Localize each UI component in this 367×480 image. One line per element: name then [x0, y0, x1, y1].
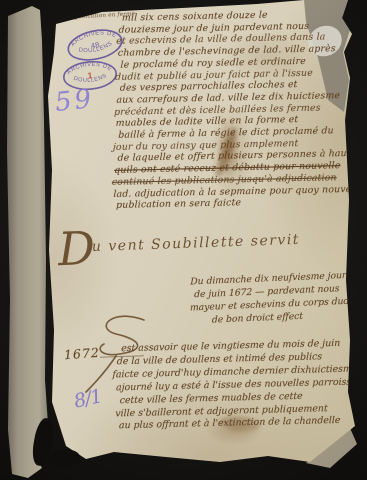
binding-damage [47, 448, 81, 469]
manuscript-page: Adjudication en ferme ARCHIVES DE DOULLE… [42, 0, 360, 472]
heading-text: u vent Soubillette servit [92, 232, 301, 255]
folio-number: 59 [54, 84, 96, 118]
heading-initial: D [57, 225, 95, 272]
stamp-center-text: 1 [87, 70, 93, 80]
stamp-center-text: 48 [90, 40, 100, 51]
section-heading: Du vent Soubillette servit [57, 218, 300, 272]
document-scan: Adjudication en ferme ARCHIVES DE DOULLE… [0, 0, 367, 480]
collation-mark: 8/1 [72, 385, 104, 412]
paragraph-block: est assavoir que le vingtiesme du mois d… [115, 337, 367, 434]
margin-year: 1672 [64, 345, 101, 362]
book-cover-edge [6, 0, 50, 480]
paragraph-block: mil six cens soixante douze le douziesme… [113, 7, 367, 212]
paragraph-block: Du dimanche dix neufviesme jour de juin … [190, 268, 356, 327]
